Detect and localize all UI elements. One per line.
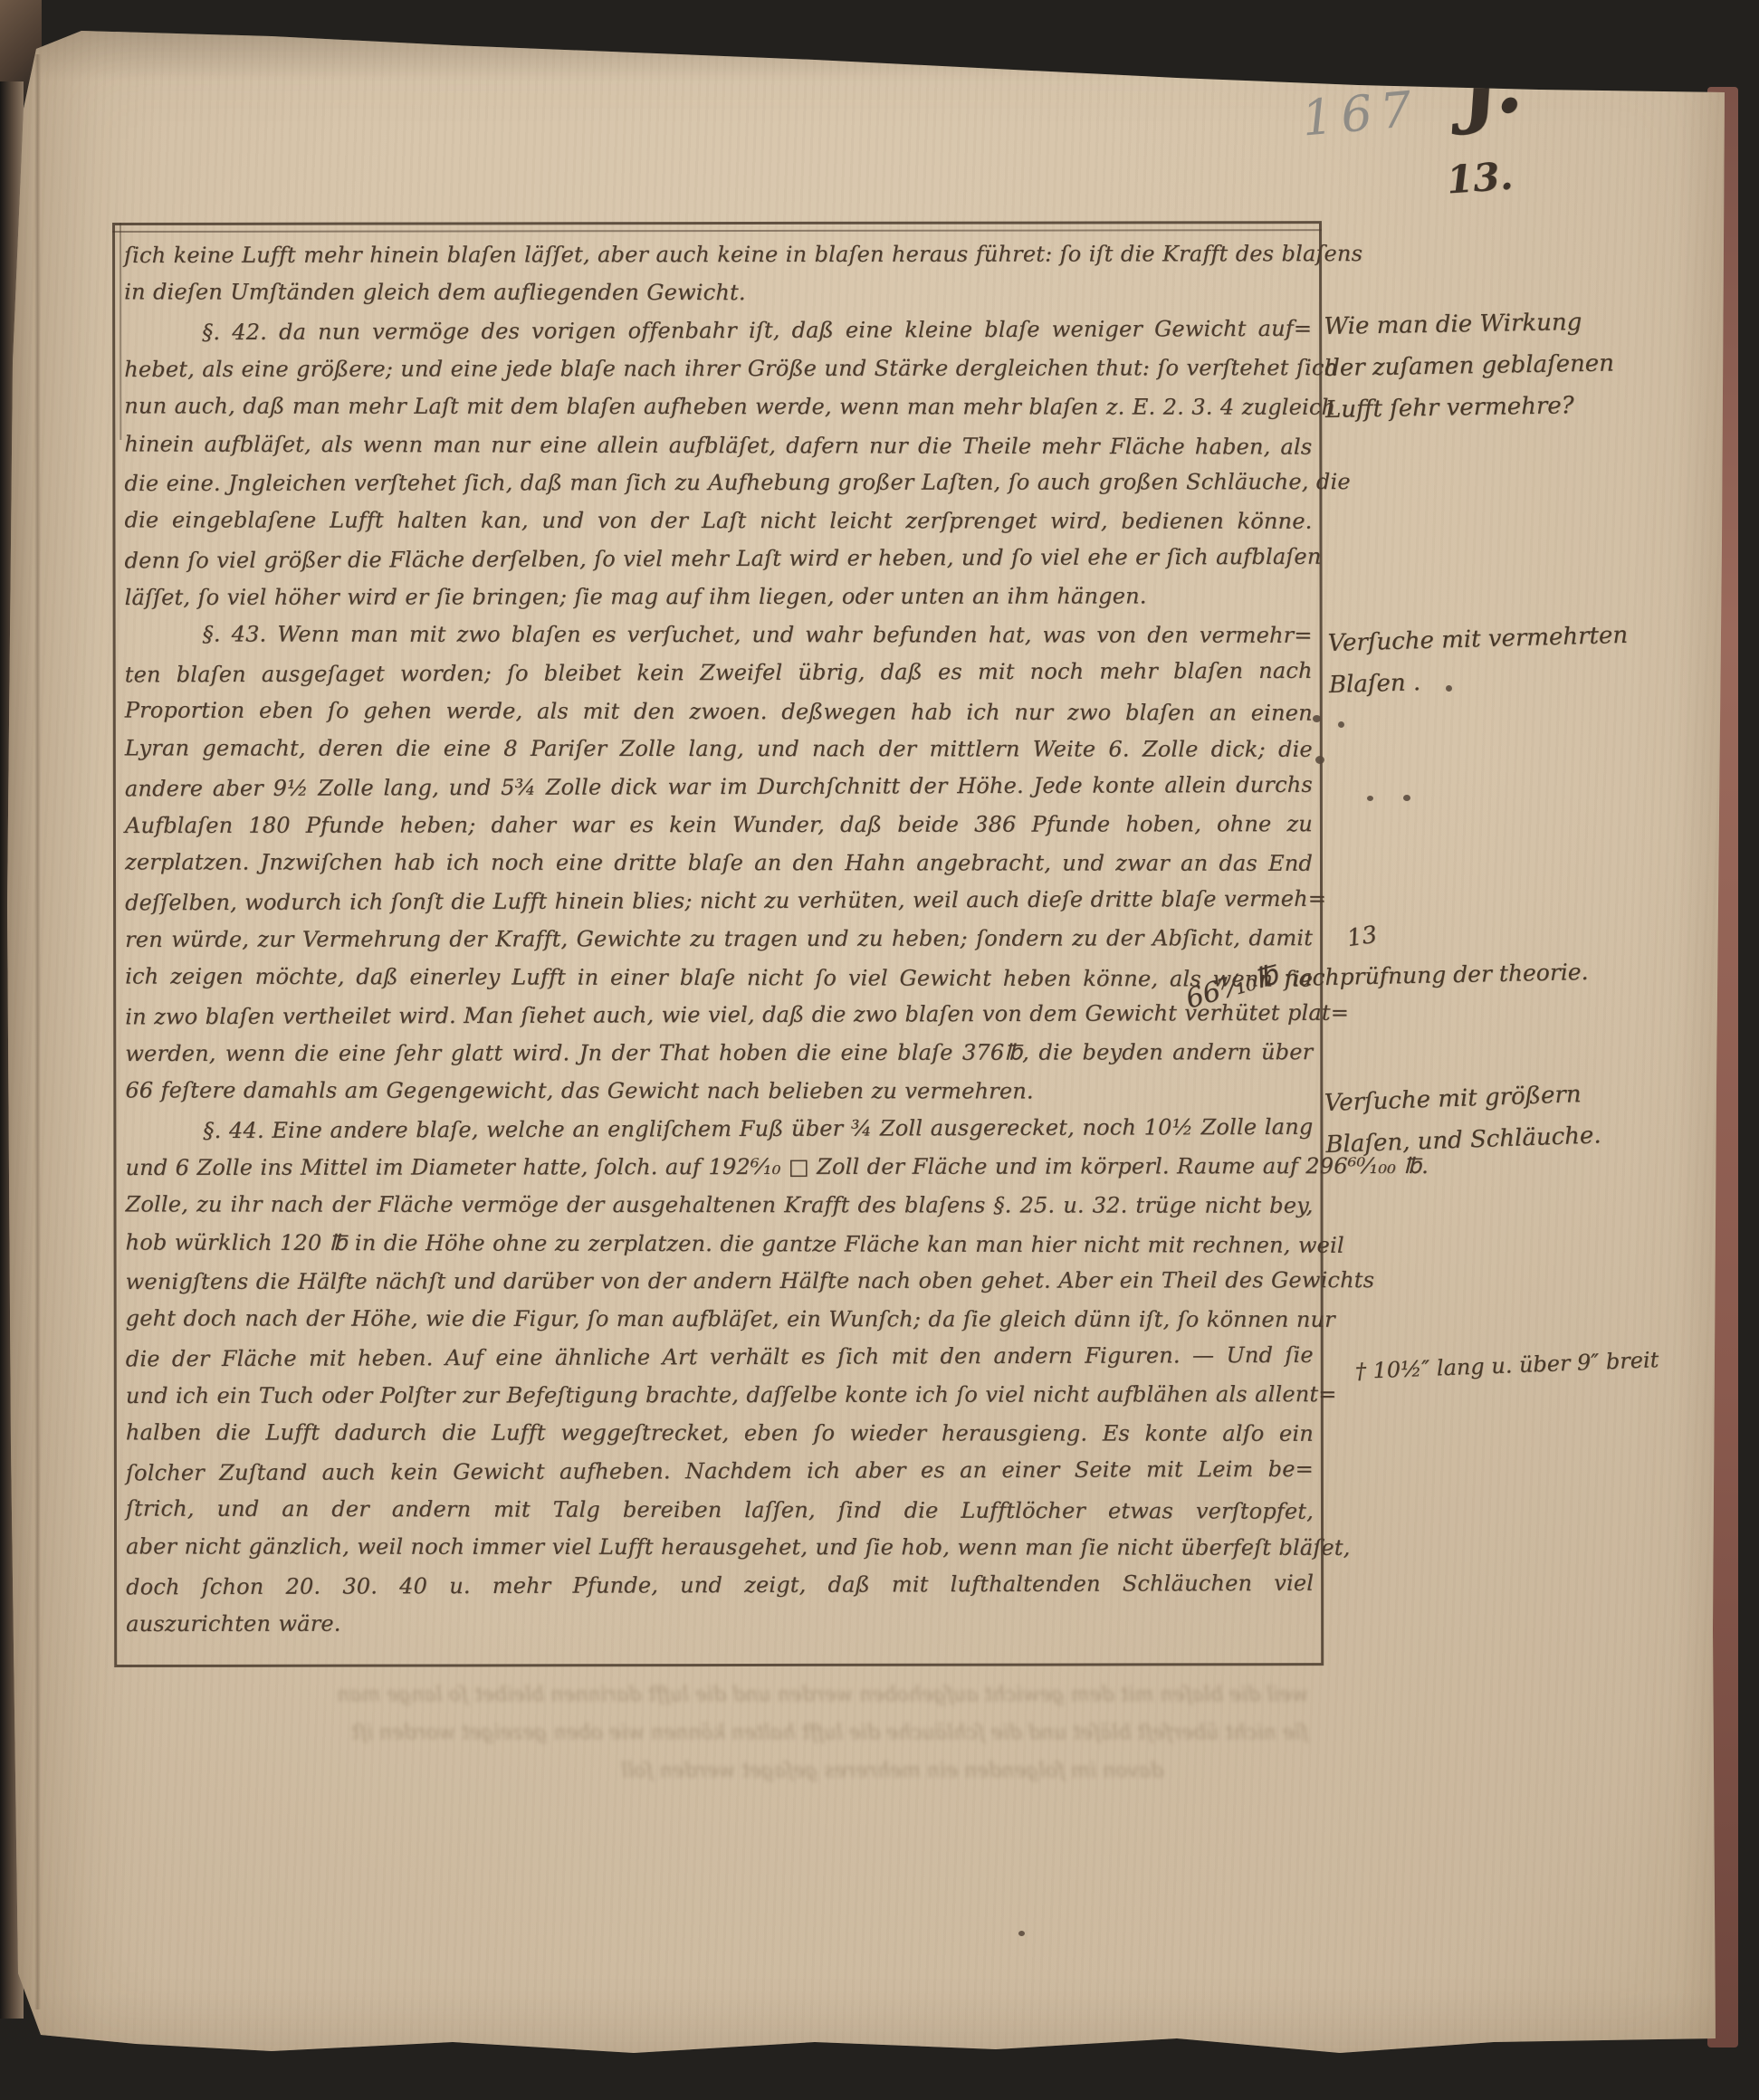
manuscript-line: ſolcher Zuſtand auch kein Gewicht aufheb… [126, 1450, 1314, 1493]
pencil-folio-number: 167 [1300, 80, 1422, 147]
margin-note-line: Lufft ſehr vermehre? [1325, 382, 1743, 431]
manuscript-line: §. 43. Wenn man mit zwo blaſen es verſuc… [125, 615, 1313, 654]
margin-note-line: der zuſamen geblaſenen [1324, 340, 1742, 389]
manuscript-line: und ich ein Tuch oder Polſter zur Befeſt… [126, 1375, 1314, 1415]
page-number: 13. [1445, 154, 1514, 203]
manuscript-body: ſich keine Lufft mehr hinein blaſen läſſ… [124, 234, 1314, 1643]
ink-dot [1018, 1931, 1025, 1936]
manuscript-line: werden, wenn die eine ſehr glatt wird. J… [125, 1033, 1313, 1073]
margin-note-line: † 10½″ lang u. über 9″ breit [1354, 1335, 1754, 1392]
text-frame-rule: ſich keine Lufft mehr hinein blaſen läſſ… [112, 221, 1324, 1667]
manuscript-line: Lyran gemacht, deren die eine 8 Pariſer … [125, 729, 1313, 768]
manuscript-line: hob würklich 120 ℔ in die Höhe ohne zu z… [126, 1223, 1314, 1264]
manuscript-line: halben die Lufft dadurch die Lufft wegge… [126, 1413, 1314, 1452]
ink-dot [1446, 685, 1452, 692]
manuscript-line: auszurichten wäre. [126, 1603, 1314, 1643]
ink-dot [1313, 715, 1321, 722]
manuscript-line: nun auch, daß man mehr Laſt mit dem blaſ… [124, 387, 1312, 425]
manuscript-line: wenigſtens die Hälfte nächſt und darüber… [126, 1261, 1314, 1301]
manuscript-line: §. 44. Eine andere blaſe, welche an engl… [125, 1108, 1313, 1150]
manuscript-line: geht doch nach der Höhe, wie die Figur, … [126, 1299, 1314, 1338]
manuscript-line: 66 feſtere damahls am Gegengewicht, das … [125, 1071, 1313, 1110]
manuscript-line: Zolle, zu ihr nach der Fläche vermöge de… [125, 1185, 1313, 1224]
margin-note-superscript: 13 [1345, 921, 1379, 952]
gutter-fold-crease [34, 54, 41, 2009]
manuscript-line: ten blaſen ausgeſaget worden; ſo bleibet… [125, 652, 1313, 694]
manuscript-line: ich zeigen möchte, daß einerley Lufft in… [125, 957, 1313, 997]
margin-note-groessere-blasen: Verſuche mit größernBlaſen, und Schläuch… [1324, 1067, 1759, 1166]
manuscript-line: hinein aufbläſet, als wenn man nur eine … [124, 425, 1312, 465]
manuscript-line: deſſelben, wodurch ich ſonſt die Lufft h… [125, 880, 1313, 922]
margin-note-line: Wie man die Wirkung [1324, 299, 1741, 348]
margin-note-measurement: † 10½″ lang u. über 9″ breit [1354, 1335, 1754, 1392]
section-letter: J. [1454, 33, 1527, 138]
manuscript-line: zerplatzen. Jnzwiſchen hab ich noch eine… [125, 843, 1313, 882]
manuscript-page: 167 J. 13. ſich keine Lufft mehr hinein … [0, 0, 1759, 2100]
ink-dot [1315, 756, 1324, 764]
manuscript-line: andere aber 9½ Zolle lang, und 5¾ Zolle … [125, 766, 1313, 808]
manuscript-line: in dieſen Umſtänden gleich dem aufliegen… [124, 272, 1312, 311]
margin-note-line: nachprüfnung der theorie. [1284, 948, 1759, 999]
ink-dot [1338, 721, 1344, 728]
manuscript-line: Proportion eben ſo gehen werde, als mit … [125, 691, 1313, 731]
show-through-line: weil die blaſen mit dem gewicht aufgehob… [285, 1676, 1308, 1714]
manuscript-line: in zwo blaſen vertheilet wird. Man ſiehe… [125, 994, 1313, 1036]
manuscript-line: die der Fläche mit heben. Auf eine ähnli… [126, 1336, 1314, 1379]
manuscript-line: doch ſchon 20. 30. 40 u. mehr Pfunde, un… [126, 1564, 1314, 1607]
ink-dot [1403, 795, 1410, 801]
manuscript-line: ſtrich, und an der andern mit Talg berei… [126, 1489, 1314, 1530]
manuscript-line: denn ſo viel größer die Fläche derſelben… [124, 538, 1312, 580]
show-through-line: ſie nicht überfeſt bläſet und die ſchläu… [267, 1714, 1308, 1752]
manuscript-line: ren würde, zur Vermehrung der Krafft, Ge… [125, 919, 1313, 959]
show-through-line: davon im folgenden ein mehreres geſaget … [276, 1752, 1163, 1790]
margin-note-nachpruefung: nachprüfnung der theorie. [1284, 948, 1759, 999]
margin-note-versuche-vermehrte-blasen: Verſuche mit vermehrtenBlaſen . [1327, 611, 1754, 706]
manuscript-line: die eine. Jngleichen verſtehet ſich, daß… [124, 463, 1312, 502]
manuscript-line: die eingeblaſene Lufft halten kan, und v… [124, 501, 1312, 539]
margin-note-wirkung: Wie man die Wirkungder zuſamen geblaſene… [1324, 299, 1742, 431]
manuscript-line: Aufblaſen 180 Pfunde heben; daher war es… [125, 805, 1313, 845]
manuscript-line: aber nicht gänzlich, weil noch immer vie… [126, 1527, 1314, 1566]
manuscript-line: hebet, als eine größere; und eine jede b… [124, 348, 1312, 388]
ink-dot [1367, 796, 1373, 801]
manuscript-line: ſich keine Lufft mehr hinein blaſen läſſ… [124, 234, 1312, 274]
manuscript-line: und 6 Zolle ins Mittel im Diameter hatte… [125, 1147, 1313, 1187]
manuscript-line: läſſet, ſo viel höher wird er ſie bringe… [125, 577, 1313, 616]
manuscript-line: §. 42. da nun vermöge des vorigen offenb… [124, 310, 1312, 352]
